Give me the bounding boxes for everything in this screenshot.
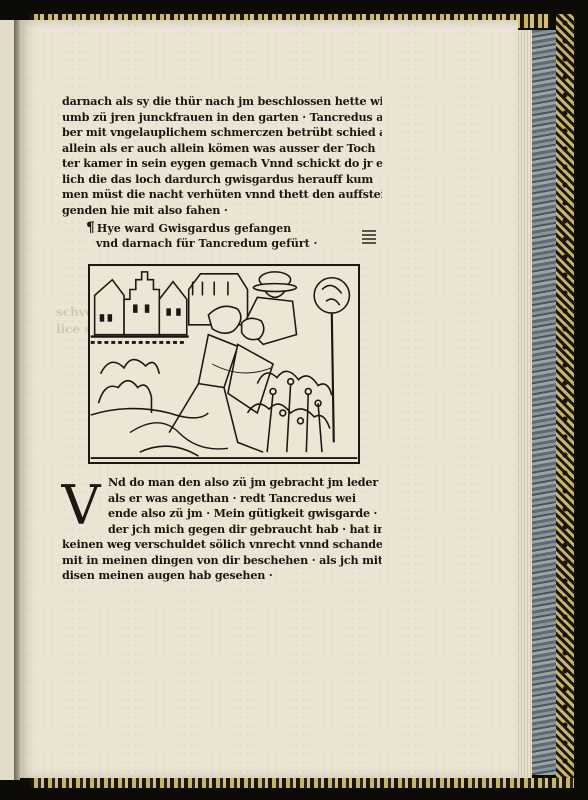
showthrough-text: lice s (56, 322, 91, 336)
text-line: mit in meinen dingen von dir beschehen ·… (62, 553, 382, 569)
marbled-endpaper (532, 30, 556, 775)
facing-page-edge (0, 20, 14, 780)
text-line: disen meinen augen hab gesehen · (62, 568, 382, 584)
text-line: keinen weg verschuldet sölich vnrecht vn… (62, 537, 382, 553)
text-line: ber mit vngelauplichem schmerczen betrüb… (62, 125, 382, 141)
text-line: der jch mich gegen dir gebraucht hab · h… (108, 522, 382, 538)
caption-line: Hye ward Gwisgardus gefangen (97, 222, 291, 235)
caption-line: vnd darnach für Tancredum gefürt · (86, 236, 317, 251)
gilt-border-bottom (30, 778, 574, 788)
woodcut-caption: ¶Hye ward Gwisgardus gefangen vnd darnac… (86, 221, 317, 251)
text-line: ter kamer in sein eygen gemach Vnnd schi… (62, 156, 382, 172)
text-block-upper: darnach als sy die thür nach jm beschlos… (62, 94, 382, 218)
text-line: Nd do man den also zü jm gebracht jm led… (108, 475, 382, 491)
text-line: lich die das loch dardurch gwisgardus he… (62, 172, 382, 188)
text-line: als er was angethan · redt Tancredus wei (108, 491, 382, 507)
marginal-ornament-icon (362, 230, 376, 244)
pilcrow-icon: ¶ (86, 220, 95, 236)
woodcut-illustration (88, 264, 360, 464)
text-line: darnach als sy die thür nach jm beschlos… (62, 94, 382, 110)
gilt-border-right (556, 14, 574, 784)
book-scan: schvch lice s darnach als sy die thür na… (0, 0, 588, 800)
page-edges (516, 30, 532, 778)
text-line: men müst die nacht verhüten vnnd thett d… (62, 187, 382, 203)
text-line: umb zü jren junckfrauen in den garten · … (62, 110, 382, 126)
decorated-initial: V (58, 478, 104, 534)
text-line: ende also zü jm · Mein gütigkeit gwisgar… (108, 506, 382, 522)
text-line: genden hie mit also fahen · (62, 203, 382, 219)
text-block-lower: Nd do man den also zü jm gebracht jm led… (108, 475, 382, 584)
text-line: allein als er auch allein kömen was auss… (62, 141, 382, 157)
